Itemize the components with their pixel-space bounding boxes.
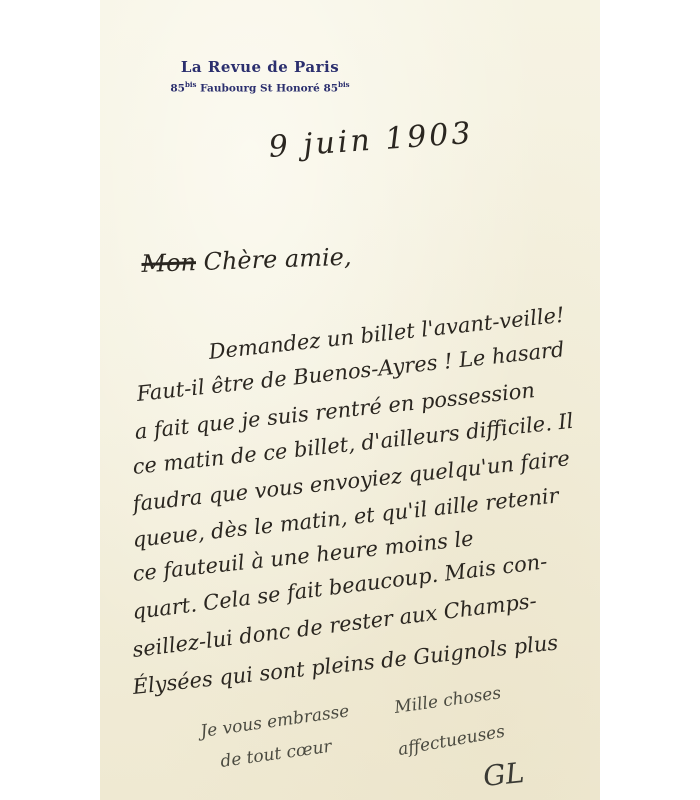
letter-date: 9 juin 1903	[268, 116, 475, 165]
salutation: Mon Chère amie,	[141, 243, 352, 278]
letter-paper: La Revue de Paris 85bis Faubourg St Hono…	[100, 0, 600, 800]
closing-left-2: de tout cœur	[219, 737, 333, 772]
signature: GL	[482, 756, 526, 793]
closing-right-2: affectueuses	[397, 722, 507, 760]
closing-right-1: Mille choses	[393, 683, 502, 718]
salutation-text: Chère amie,	[203, 243, 352, 276]
letterhead-title: La Revue de Paris	[140, 58, 380, 76]
letterhead: La Revue de Paris 85bis Faubourg St Hono…	[140, 58, 380, 96]
letterhead-address: 85bis Faubourg St Honoré 85bis	[140, 78, 380, 96]
struck-word: Mon	[141, 248, 196, 278]
